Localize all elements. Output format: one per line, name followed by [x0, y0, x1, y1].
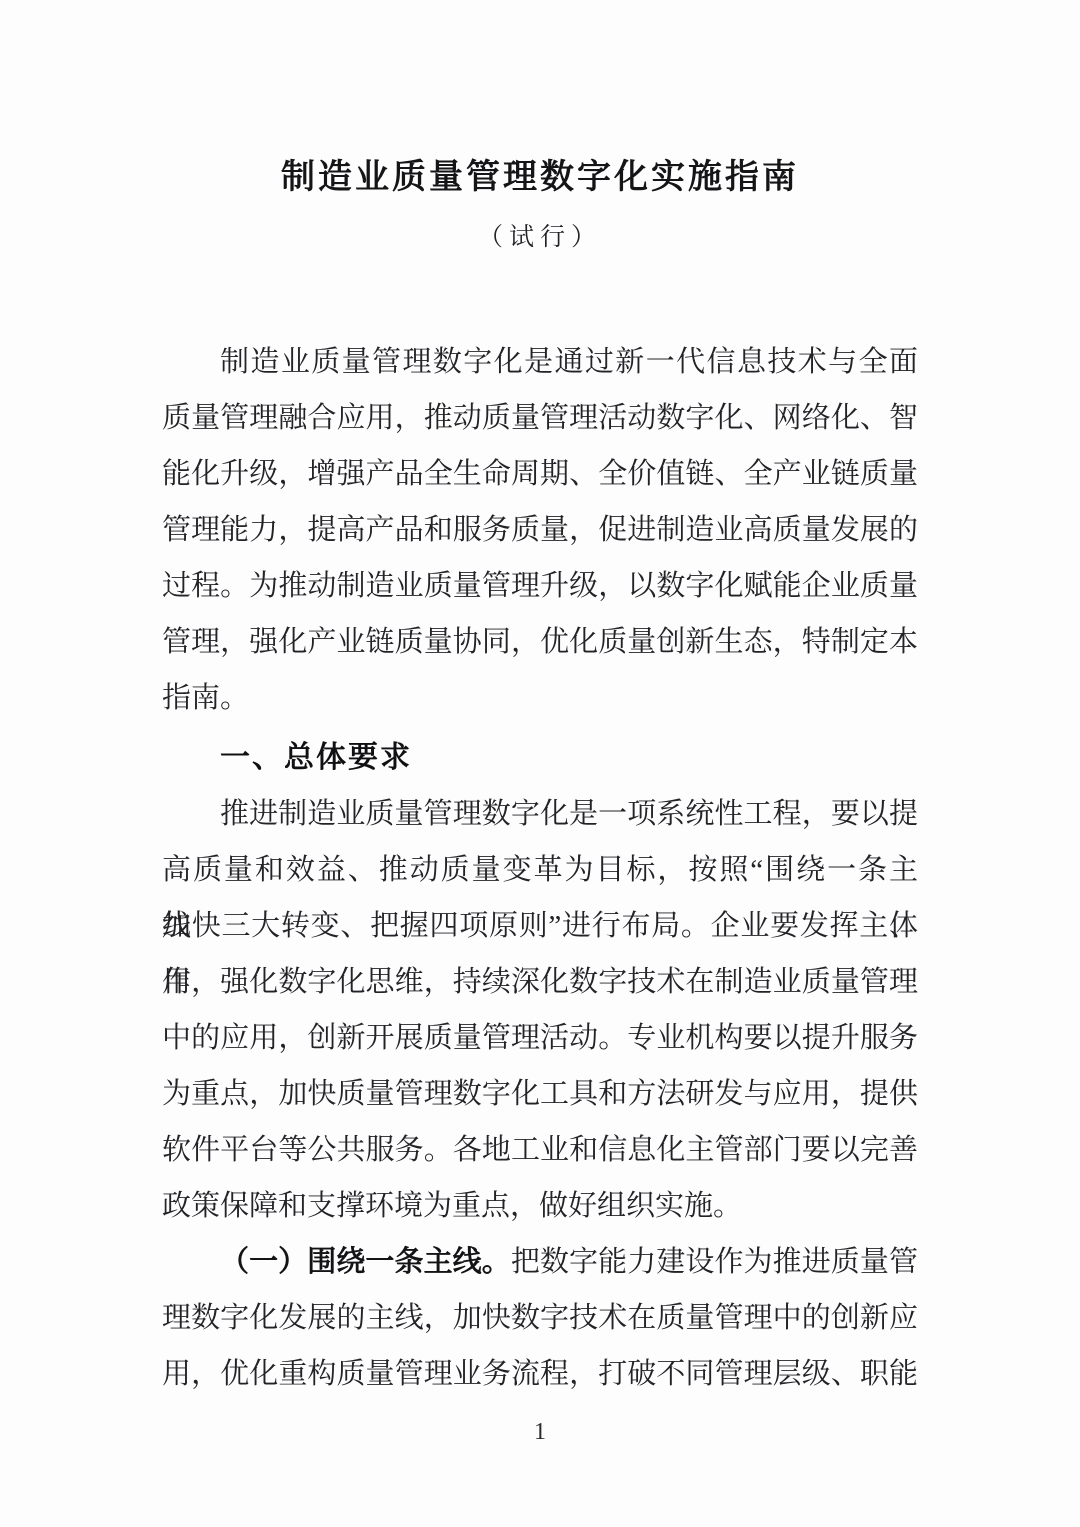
section-para-line: 推进制造业质量管理数字化是一项系统性工程，要以提 [162, 786, 918, 842]
document-content: 制造业质量管理数字化实施指南 （试行） 制造业质量管理数字化是通过新一代信息技术… [162, 0, 918, 1452]
intro-line: 过程。为推动制造业质量管理升级，以数字化赋能企业质量 [162, 558, 918, 614]
section-para-line: 高质量和效益、推动质量变革为目标，按照“围绕一条主线、 [162, 842, 918, 898]
subsection-text: 把数字能力建设作为推进质量管 [511, 1246, 918, 1278]
intro-line: 管理能力，提高产品和服务质量，促进制造业高质量发展的 [162, 502, 918, 558]
subsection-lead: （一）围绕一条主线。 [220, 1246, 511, 1278]
intro-line: 指南。 [162, 670, 918, 726]
intro-line: 管理，强化产业链质量协同，优化质量创新生态，特制定本 [162, 614, 918, 670]
section-para-line: 为重点，加快质量管理数字化工具和方法研发与应用，提供 [162, 1066, 918, 1122]
intro-line: 能化升级，增强产品全生命周期、全价值链、全产业链质量 [162, 446, 918, 502]
body-text: 制造业质量管理数字化是通过新一代信息技术与全面 质量管理融合应用，推动质量管理活… [162, 334, 918, 1402]
intro-line: 制造业质量管理数字化是通过新一代信息技术与全面 [162, 334, 918, 390]
subsection-line: （一）围绕一条主线。把数字能力建设作为推进质量管 [162, 1234, 918, 1290]
section-para-line: 用，强化数字化思维，持续深化数字技术在制造业质量管理 [162, 954, 918, 1010]
intro-line: 质量管理融合应用，推动质量管理活动数字化、网络化、智 [162, 390, 918, 446]
section-para-line: 政策保障和支撑环境为重点，做好组织实施。 [162, 1178, 918, 1234]
section-para-line: 中的应用，创新开展质量管理活动。专业机构要以提升服务 [162, 1010, 918, 1066]
page-subtitle: （试行） [162, 216, 918, 260]
section-para-line: 软件平台等公共服务。各地工业和信息化主管部门要以完善 [162, 1122, 918, 1178]
document-page: 制造业质量管理数字化实施指南 （试行） 制造业质量管理数字化是通过新一代信息技术… [0, 0, 1080, 1527]
section-heading: 一、总体要求 [162, 730, 918, 786]
subsection-line: 理数字化发展的主线，加快数字技术在质量管理中的创新应 [162, 1290, 918, 1346]
subsection-line: 用，优化重构质量管理业务流程，打破不同管理层级、职能 [162, 1346, 918, 1402]
section-para-line: 加快三大转变、把握四项原则”进行布局。企业要发挥主体作 [162, 898, 918, 954]
page-title: 制造业质量管理数字化实施指南 [162, 150, 918, 206]
page-number: 1 [162, 1412, 918, 1452]
